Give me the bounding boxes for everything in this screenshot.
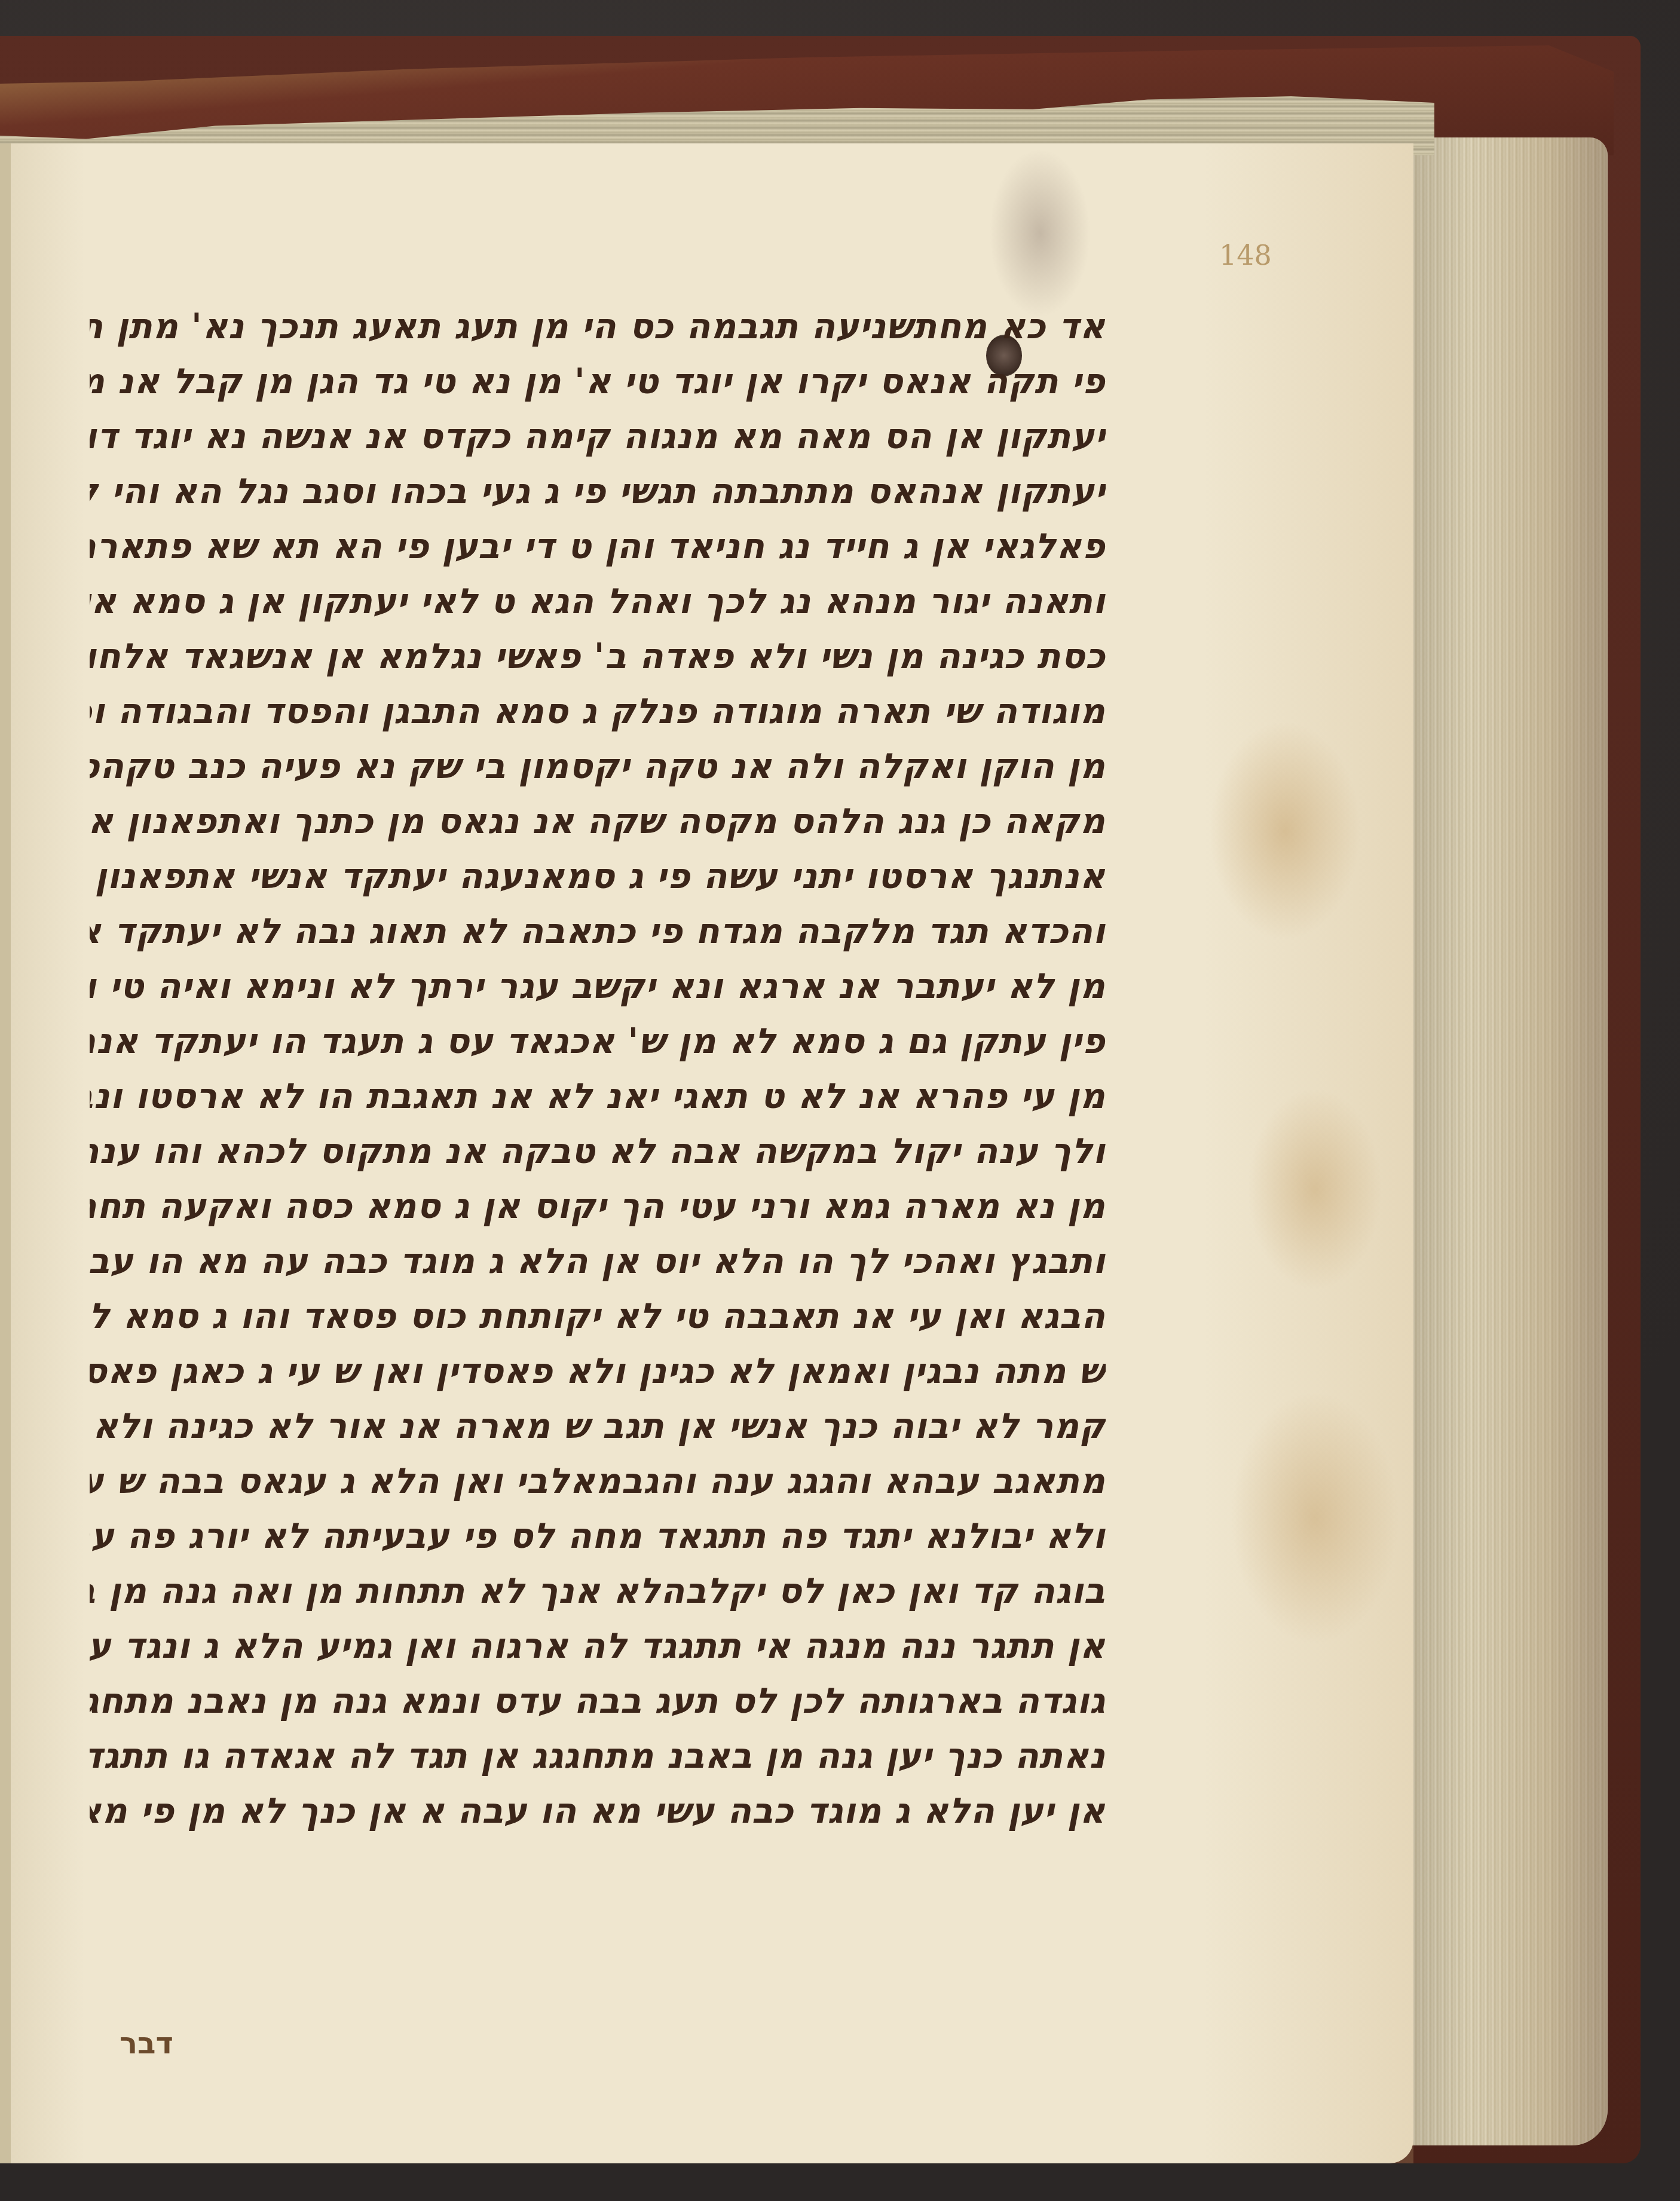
text-line: כסת כגינה מן נשי ולא פאדה ב' פאשי נגלמא … bbox=[90, 629, 1106, 684]
text-line: נאתה כנך יען גנה מן באבנ מתחגגג אן תגד ל… bbox=[90, 1728, 1106, 1783]
text-line: ש מתה נבגין ואמאן לא כגינן ולא פאסדין וא… bbox=[90, 1343, 1106, 1398]
gutter bbox=[0, 143, 11, 2163]
text-line: פי תקה אנאס יקרו אן יוגד טי א' מן נא טי … bbox=[90, 354, 1106, 409]
text-line: ותאנה יגור מנהא נג לכך ואהל הגא ט לאי יע… bbox=[90, 574, 1106, 629]
text-line: מוגודה שי תארה מוגודה פנלק ג סמא התבגן ו… bbox=[90, 684, 1106, 739]
text-line: מן הוקן ואקלה ולה אנ טקה יקסמון בי שק נא… bbox=[90, 739, 1106, 794]
text-line: מן עי פהרא אנ לא ט תאגי יאנ לא אנ תאגבת … bbox=[90, 1069, 1106, 1124]
text-line: מן לא יעתבר אנ ארגא ונא יקשב עגר ירתך לא… bbox=[90, 959, 1106, 1014]
page-fore-edge-shade bbox=[1410, 137, 1608, 2145]
text-line: מן נא מארה גמא ורני עטי הך יקוס אן ג סמא… bbox=[90, 1178, 1106, 1233]
text-line: קמר לא יבוה כנך אנשי אן תגב ש מארה אנ או… bbox=[90, 1398, 1106, 1453]
text-line: והכדא תגד מלקבה מגדח פי כתאבה לא תאוג נב… bbox=[90, 904, 1106, 959]
text-line: מתאגב עבהא והגגג ענה והגבמאלבי ואן הלא ג… bbox=[90, 1453, 1106, 1508]
text-line: בוגה קד ואן כאן לס יקלבהלא אנך לא תתחות … bbox=[90, 1563, 1106, 1618]
text-line: ותבגץ ואהכי לך הו הלא יוס אן הלא ג מוגד … bbox=[90, 1233, 1106, 1288]
text-line: הבגא ואן עי אנ תאבבה טי לא יקותחת כוס פס… bbox=[90, 1288, 1106, 1343]
text-block: אד כא מחתשניעה תגבמה כס הי מן תעג תאעג ת… bbox=[90, 299, 1106, 1838]
text-line: יעתקון אנהאס מתתבתה תגשי פי ג געי בכהו ו… bbox=[90, 464, 1106, 519]
text-line: ולך ענה יקול במקשה אבה לא טבקה אנ מתקוס … bbox=[90, 1124, 1106, 1178]
text-line: פין עתקן גם ג סמא לא מן ש' אכגאד עס ג תע… bbox=[90, 1014, 1106, 1069]
text-line: מקאה כן גנג הלהס מקסה שקה אנ נגאס מן כתנ… bbox=[90, 794, 1106, 849]
text-line: אן יען הלא ג מוגד כבה עשי מא הו עבה א אן… bbox=[90, 1783, 1106, 1838]
text-line: גוגדה בארגותה לכן לס תעג בבה עדס ונמא גנ… bbox=[90, 1673, 1106, 1728]
catchword: דבר bbox=[120, 2026, 173, 2061]
text-line: אן תתגר ננה מנגה אי תתגגד לה ארגוה ואן ג… bbox=[90, 1618, 1106, 1673]
text-line: ולא יבולנא יתגד פה תתגאד מחה לס פי עבעית… bbox=[90, 1508, 1106, 1563]
text-line: אד כא מחתשניעה תגבמה כס הי מן תעג תאעג ת… bbox=[90, 299, 1106, 354]
folio-number: 148 bbox=[1219, 239, 1272, 271]
text-line: יעתקון אן הס מאה מא מנגוה קימה כקדס אנ א… bbox=[90, 409, 1106, 464]
text-line: פאלגאי אן ג חייד נג חניאד והן ט די יבען … bbox=[90, 519, 1106, 574]
catchword-text: דבר bbox=[120, 2026, 173, 2061]
text-line: אנתנגך ארסטו יתני עשה פי ג סמאנעגה יעתקד… bbox=[90, 849, 1106, 904]
